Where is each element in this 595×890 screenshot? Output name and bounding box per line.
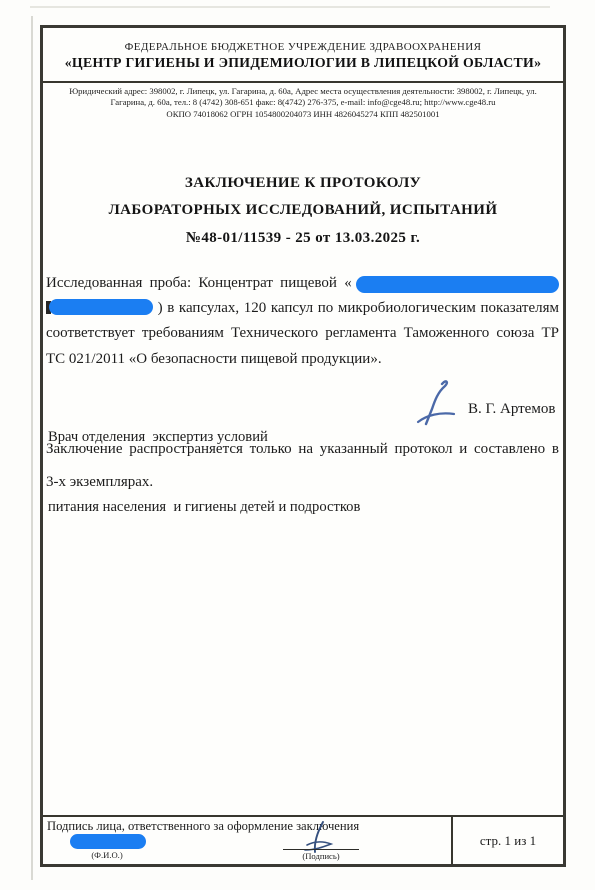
body-line2-text: ) в капсулах, 120 капсул по микробиологи… <box>158 300 559 316</box>
letterhead-divider <box>43 81 563 83</box>
fio-label: (Ф.И.О.) <box>91 850 122 860</box>
body-line4-text: ТС 021/2011 «О безопасности пищевой прод… <box>46 351 382 367</box>
org-name-line1: ФЕДЕРАЛЬНОЕ БЮДЖЕТНОЕ УЧРЕЖДЕНИЕ ЗДРАВОО… <box>43 41 563 53</box>
letterhead-address: Юридический адрес: 398002, г. Липецк, ул… <box>49 86 557 120</box>
scanned-document: ФЕДЕРАЛЬНОЕ БЮДЖЕТНОЕ УЧРЕЖДЕНИЕ ЗДРАВОО… <box>0 0 595 890</box>
body-line2: ) в капсулах, 120 капсул по микробиологи… <box>46 296 559 321</box>
body-line3-text: соответствует требованиям Технического р… <box>46 325 559 341</box>
protocol-number: №48-01/11539 - 25 от 13.03.2025 г. <box>43 225 563 252</box>
footer-signature-cell: Подпись лица, ответственного за оформлен… <box>43 817 453 864</box>
fio-redaction-bar <box>70 834 146 849</box>
title-line2: ЛАБОРАТОРНЫХ ИССЛЕДОВАНИЙ, ИСПЫТАНИЙ <box>43 197 563 224</box>
address-line2: Гагарина, д. 60а, тел.: 8 (4742) 308-651… <box>49 97 557 108</box>
scan-edge-artifact <box>31 16 33 880</box>
body-line4: ТС 021/2011 «О безопасности пищевой прод… <box>46 347 559 372</box>
signatory-role: Врач отделения экспертиз условий питания… <box>48 380 360 566</box>
scan-edge-artifact <box>30 6 550 8</box>
body-line1: Исследованная проба: Концентрат пищевой … <box>46 271 559 296</box>
redaction-bar-2 <box>49 299 153 315</box>
sample-intro-text: Исследованная проба: Концентрат пищевой … <box>46 271 352 296</box>
signature-line <box>283 849 359 850</box>
signature-label: (Подпись) <box>302 851 339 861</box>
handwritten-signature-ink <box>411 377 463 427</box>
footer-table: Подпись лица, ответственного за оформлен… <box>43 815 563 864</box>
redaction-bar-1 <box>356 276 559 293</box>
body-paragraph: Исследованная проба: Концентрат пищевой … <box>46 271 559 372</box>
footer-page-cell: стр. 1 из 1 <box>453 817 563 864</box>
note-line1: Заключение распространяется только на ук… <box>46 441 559 458</box>
signatory-name: В. Г. Артемов <box>468 401 555 418</box>
body-line3: соответствует требованиям Технического р… <box>46 321 559 346</box>
signatory-role-line2: питания населения и гигиены детей и подр… <box>48 496 360 519</box>
title-line1: ЗАКЛЮЧЕНИЕ К ПРОТОКОЛУ <box>43 170 563 197</box>
document-title: ЗАКЛЮЧЕНИЕ К ПРОТОКОЛУ ЛАБОРАТОРНЫХ ИССЛ… <box>43 170 563 252</box>
page-counter: стр. 1 из 1 <box>480 833 536 849</box>
org-name-line2: «ЦЕНТР ГИГИЕНЫ И ЭПИДЕМИОЛОГИИ В ЛИПЕЦКО… <box>43 55 563 71</box>
address-line3: ОКПО 74018062 ОГРН 1054800204073 ИНН 482… <box>49 109 557 120</box>
address-line1: Юридический адрес: 398002, г. Липецк, ул… <box>49 86 557 97</box>
note-line2: 3-х экземплярах. <box>46 474 153 491</box>
page-border-frame: ФЕДЕРАЛЬНОЕ БЮДЖЕТНОЕ УЧРЕЖДЕНИЕ ЗДРАВОО… <box>40 25 566 867</box>
